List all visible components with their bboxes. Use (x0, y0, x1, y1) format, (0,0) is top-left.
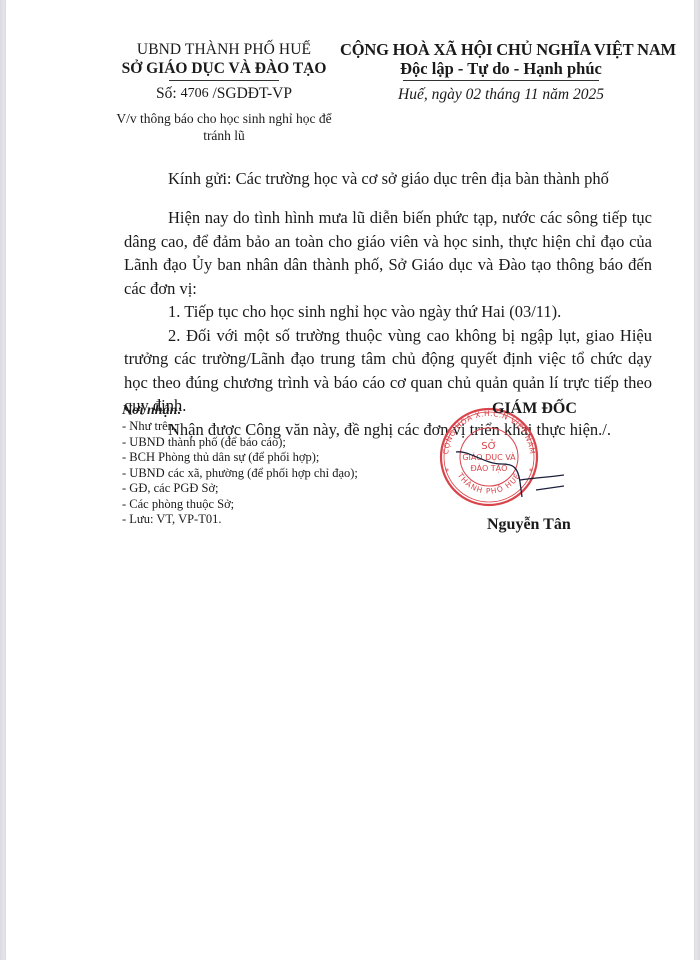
recipient-item: - UBND thành phố (để báo cáo); (122, 435, 358, 451)
signer-name: Nguyễn Tân (487, 516, 571, 534)
recipient-item: - Các phòng thuộc Sở; (122, 497, 358, 513)
national-motto: Độc lập - Tự do - Hạnh phúc (340, 59, 662, 78)
official-seal-icon: CỘNG HÒA X.H.C.N VIỆT NAM THÀNH PHỐ HUẾ … (434, 402, 564, 512)
document-subject: V/v thông báo cho học sinh nghỉ học để t… (104, 110, 344, 144)
recipient-item: - BCH Phòng thủ dân sự (để phối hợp); (122, 450, 358, 466)
number-suffix: /SGDĐT-VP (212, 85, 292, 102)
paragraph-item-1: 1. Tiếp tục cho học sinh nghỉ học vào ng… (124, 300, 652, 324)
svg-text:*: * (445, 467, 449, 476)
number-label: Số: (156, 85, 177, 102)
recipient-item: - GĐ, các PGĐ Sở; (122, 481, 358, 497)
svg-text:GIÁO DỤC VÀ: GIÁO DỤC VÀ (462, 451, 516, 462)
document-page: UBND THÀNH PHỐ HUẾ SỞ GIÁO DỤC VÀ ĐÀO TẠ… (6, 0, 694, 960)
recipient-item: - Như trên; (122, 419, 358, 435)
motto-underline (403, 80, 599, 81)
recipient-item: - UBND các xã, phường (để phối hợp chỉ đ… (122, 466, 358, 482)
recipients-heading: Nơi nhận: (122, 402, 358, 419)
document-number: Số: 4706 /SGDĐT-VP (104, 83, 344, 106)
recipient-item: - Lưu: VT, VP-T01. (122, 512, 358, 528)
viewer-edge-right (694, 0, 700, 960)
issuer-underline (169, 80, 279, 81)
country-name: CỘNG HOÀ XÃ HỘI CHỦ NGHĨA VIỆT NAM (340, 40, 662, 59)
svg-text:SỞ: SỞ (481, 438, 496, 452)
signer-title: GIÁM ĐỐC (492, 400, 577, 418)
recipients-block: Nơi nhận: - Như trên; - UBND thành phố (… (122, 402, 358, 528)
number-value: 4706 (181, 86, 209, 101)
paragraph-intro: Hiện nay do tình hình mưa lũ diễn biến p… (124, 206, 652, 300)
national-header: CỘNG HOÀ XÃ HỘI CHỦ NGHĨA VIỆT NAM Độc l… (340, 40, 662, 106)
place-date: Huế, ngày 02 tháng 11 năm 2025 (340, 84, 662, 106)
addressee: Kính gửi: Các trường học và cơ sở giáo d… (168, 169, 609, 189)
issuer-authority: UBND THÀNH PHỐ HUẾ (104, 40, 344, 59)
issuer-department: SỞ GIÁO DỤC VÀ ĐÀO TẠO (104, 59, 344, 78)
svg-text:*: * (529, 467, 533, 476)
issuer-block: UBND THÀNH PHỐ HUẾ SỞ GIÁO DỤC VÀ ĐÀO TẠ… (104, 40, 344, 144)
